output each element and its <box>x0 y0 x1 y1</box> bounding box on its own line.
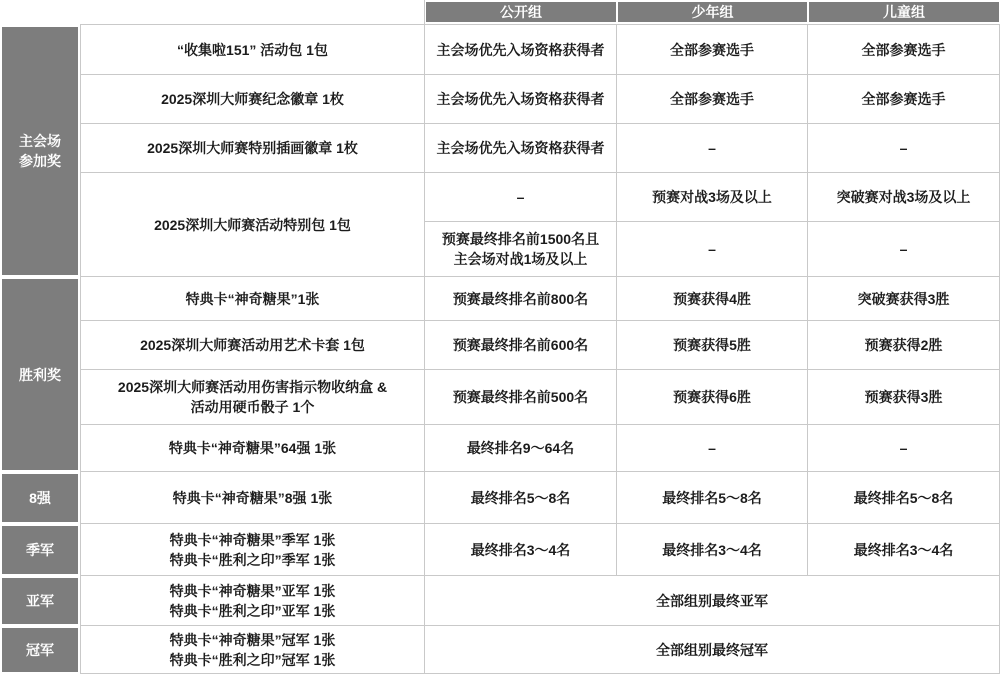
condition-cell-open: 预赛最终排名前800名 <box>425 277 617 321</box>
column-header-children-group: 儿童组 <box>808 0 1000 25</box>
condition-cell-junior: 最终排名3～4名 <box>617 524 808 576</box>
condition-cell-junior: 预赛获得4胜 <box>617 277 808 321</box>
condition-cell-open: 主会场优先入场资格获得者 <box>425 25 617 75</box>
condition-cell-children: 最终排名3～4名 <box>808 524 1000 576</box>
condition-cell-open: – <box>425 173 617 222</box>
prize-table: 公开组 少年组 儿童组 主会场 参加奖 “收集啦151” 活动包 1包 主会场优… <box>0 0 1000 674</box>
condition-cell-open: 预赛最终排名前1500名且 主会场对战1场及以上 <box>425 222 617 277</box>
condition-cell-junior: 全部参赛选手 <box>617 75 808 124</box>
prize-cell: 特典卡“神奇糖果”冠军 1张 特典卡“胜利之印”冠军 1张 <box>80 626 425 674</box>
prize-cell: 特典卡“神奇糖果”亚军 1张 特典卡“胜利之印”亚军 1张 <box>80 576 425 626</box>
group-label-third-place: 季军 <box>0 524 80 576</box>
table-row: 2025深圳大师赛活动用伤害指示物收纳盒 & 活动用硬币骰子 1个 预赛最终排名… <box>0 370 1000 425</box>
table-row: 特典卡“神奇糖果”64强 1张 最终排名9～64名 – – <box>0 425 1000 472</box>
condition-cell-children: – <box>808 425 1000 472</box>
condition-cell-junior: 预赛对战3场及以上 <box>617 173 808 222</box>
table-row: 2025深圳大师赛特别插画徽章 1枚 主会场优先入场资格获得者 – – <box>0 124 1000 173</box>
condition-cell-children: 全部参赛选手 <box>808 25 1000 75</box>
condition-cell-open: 最终排名9～64名 <box>425 425 617 472</box>
condition-cell-open: 主会场优先入场资格获得者 <box>425 124 617 173</box>
prize-cell: 2025深圳大师赛纪念徽章 1枚 <box>80 75 425 124</box>
table-row: 2025深圳大师赛纪念徽章 1枚 主会场优先入场资格获得者 全部参赛选手 全部参… <box>0 75 1000 124</box>
column-header-open-group: 公开组 <box>425 0 617 25</box>
column-header-junior-group: 少年组 <box>617 0 808 25</box>
condition-cell-open: 最终排名3～4名 <box>425 524 617 576</box>
prize-cell: 2025深圳大师赛活动用艺术卡套 1包 <box>80 321 425 370</box>
condition-cell-open: 最终排名5～8名 <box>425 472 617 524</box>
prize-cell: 特典卡“神奇糖果”8强 1张 <box>80 472 425 524</box>
table-row: 2025深圳大师赛活动用艺术卡套 1包 预赛最终排名前600名 预赛获得5胜 预… <box>0 321 1000 370</box>
prize-cell: 特典卡“神奇糖果”1张 <box>80 277 425 321</box>
condition-cell-all-groups: 全部组别最终冠军 <box>425 626 1000 674</box>
condition-cell-children: 预赛获得2胜 <box>808 321 1000 370</box>
table-row: 亚军 特典卡“神奇糖果”亚军 1张 特典卡“胜利之印”亚军 1张 全部组别最终亚… <box>0 576 1000 626</box>
condition-cell-junior: 全部参赛选手 <box>617 25 808 75</box>
group-label-champion: 冠军 <box>0 626 80 674</box>
condition-cell-junior: 预赛获得6胜 <box>617 370 808 425</box>
prize-cell: 2025深圳大师赛活动特别包 1包 <box>80 173 425 277</box>
header-blank-group-column <box>0 0 80 25</box>
prize-cell: 特典卡“神奇糖果”64强 1张 <box>80 425 425 472</box>
condition-cell-junior: – <box>617 222 808 277</box>
condition-cell-open: 主会场优先入场资格获得者 <box>425 75 617 124</box>
condition-cell-junior: 最终排名5～8名 <box>617 472 808 524</box>
condition-cell-children: – <box>808 222 1000 277</box>
prize-cell: 2025深圳大师赛活动用伤害指示物收纳盒 & 活动用硬币骰子 1个 <box>80 370 425 425</box>
group-label-main-venue-participation: 主会场 参加奖 <box>0 25 80 277</box>
table-row: 冠军 特典卡“神奇糖果”冠军 1张 特典卡“胜利之印”冠军 1张 全部组别最终冠… <box>0 626 1000 674</box>
header-blank-prize-column <box>80 0 425 25</box>
condition-cell-all-groups: 全部组别最终亚军 <box>425 576 1000 626</box>
table-row: 胜利奖 特典卡“神奇糖果”1张 预赛最终排名前800名 预赛获得4胜 突破赛获得… <box>0 277 1000 321</box>
group-label-runner-up: 亚军 <box>0 576 80 626</box>
condition-cell-children: 突破赛对战3场及以上 <box>808 173 1000 222</box>
table-row: 8强 特典卡“神奇糖果”8强 1张 最终排名5～8名 最终排名5～8名 最终排名… <box>0 472 1000 524</box>
group-label-victory-prize: 胜利奖 <box>0 277 80 472</box>
condition-cell-open: 预赛最终排名前500名 <box>425 370 617 425</box>
condition-cell-junior: – <box>617 425 808 472</box>
prize-cell: 特典卡“神奇糖果”季军 1张 特典卡“胜利之印”季军 1张 <box>80 524 425 576</box>
prize-cell: “收集啦151” 活动包 1包 <box>80 25 425 75</box>
condition-cell-junior: 预赛获得5胜 <box>617 321 808 370</box>
condition-cell-children: 预赛获得3胜 <box>808 370 1000 425</box>
table-row: 主会场 参加奖 “收集啦151” 活动包 1包 主会场优先入场资格获得者 全部参… <box>0 25 1000 75</box>
group-label-top8: 8强 <box>0 472 80 524</box>
table-row: 季军 特典卡“神奇糖果”季军 1张 特典卡“胜利之印”季军 1张 最终排名3～4… <box>0 524 1000 576</box>
table-row: 2025深圳大师赛活动特别包 1包 – 预赛对战3场及以上 突破赛对战3场及以上 <box>0 173 1000 222</box>
condition-cell-open: 预赛最终排名前600名 <box>425 321 617 370</box>
condition-cell-children: 最终排名5～8名 <box>808 472 1000 524</box>
condition-cell-children: 全部参赛选手 <box>808 75 1000 124</box>
condition-cell-children: 突破赛获得3胜 <box>808 277 1000 321</box>
condition-cell-junior: – <box>617 124 808 173</box>
header-row: 公开组 少年组 儿童组 <box>0 0 1000 25</box>
condition-cell-children: – <box>808 124 1000 173</box>
prize-cell: 2025深圳大师赛特别插画徽章 1枚 <box>80 124 425 173</box>
